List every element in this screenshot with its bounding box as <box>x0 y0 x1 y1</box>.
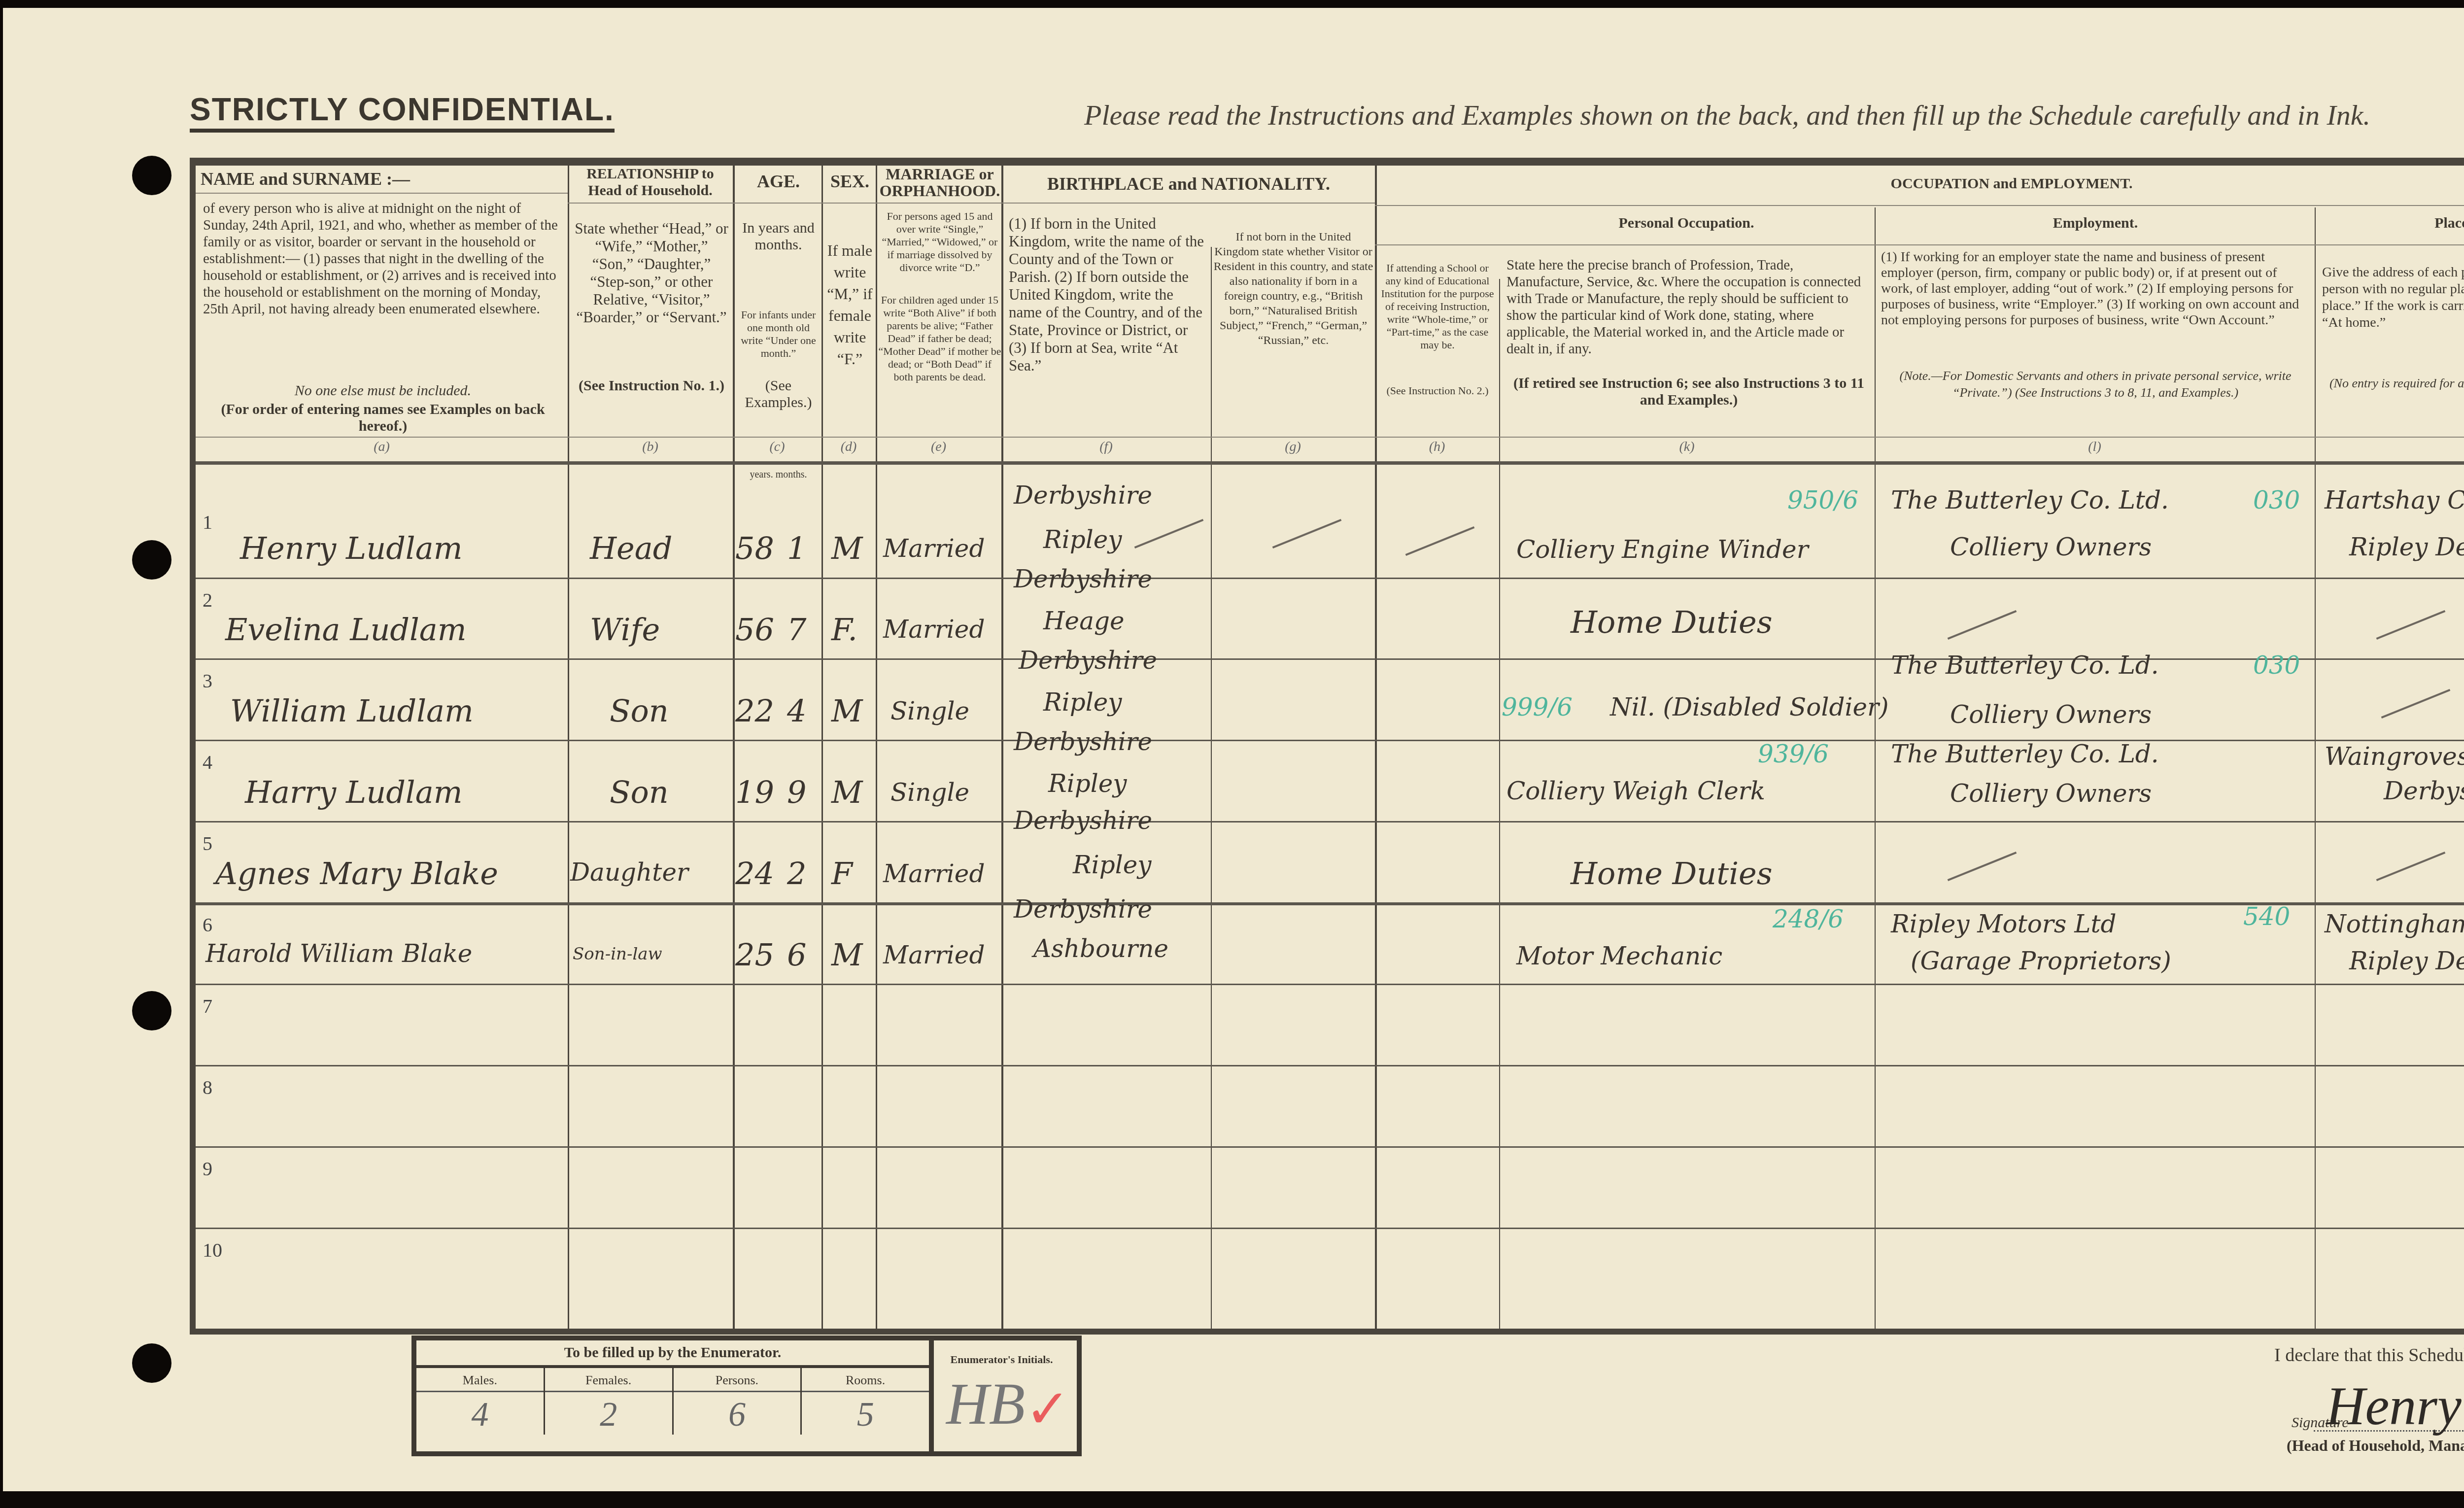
col-letter: (e) <box>876 439 1001 455</box>
employer-code: 030 <box>2253 651 2300 680</box>
punch-hole <box>132 156 171 195</box>
col-e-title: MARRIAGE or ORPHANHOOD. <box>878 166 1001 199</box>
sex: M <box>831 693 862 729</box>
occupation: Home Duties <box>1571 604 1772 640</box>
person-name: William Ludlam <box>230 693 474 729</box>
divider <box>1001 166 1003 1329</box>
divider <box>821 166 823 1329</box>
col-letter: (a) <box>196 439 568 455</box>
rule <box>196 437 2464 438</box>
rule <box>196 461 2464 465</box>
enumerator-initials-box: Enumerator's Initials. HB ✓ <box>926 1336 1082 1456</box>
col-b-title: RELATIONSHIP to Head of Household. <box>570 166 730 199</box>
col-letter: (l) <box>1875 439 2315 455</box>
col-k-title: Personal Occupation. <box>1502 215 1871 232</box>
birth-county: Derbyshire <box>1014 565 1152 593</box>
blank-dash <box>2376 610 2446 640</box>
row-number: 8 <box>203 1076 212 1099</box>
signature-caption: (Head of Household, Manager of Establish… <box>2287 1437 2464 1455</box>
divider <box>2315 207 2316 1329</box>
row-number: 5 <box>203 832 212 855</box>
occupation: Nil. (Disabled Soldier) <box>1610 693 1888 721</box>
col-m-text: Give the address of each person's place … <box>2322 264 2464 331</box>
age-years: 25 <box>735 937 774 973</box>
col-d-text: If male write “M,” if female write “F.” <box>826 240 873 370</box>
col-h-note: (See Instruction No. 2.) <box>1378 382 1497 399</box>
instruction-line: Please read the Instructions and Example… <box>1084 99 2370 132</box>
col-c-text: In years and months. <box>735 220 821 253</box>
blank-dash <box>1948 852 2017 881</box>
col-g-text: If not born in the United Kingdom state … <box>1213 230 1373 348</box>
blank-dash <box>1948 610 2017 640</box>
occupation: Home Duties <box>1571 856 1772 891</box>
age-months: 1 <box>787 530 806 566</box>
col-letter: (c) <box>733 439 821 455</box>
sex: F <box>831 856 853 891</box>
rule <box>1001 203 1375 204</box>
age-months: 9 <box>787 774 806 810</box>
row-rule <box>196 1228 2464 1229</box>
row-number: 1 <box>203 511 212 534</box>
punch-hole <box>132 1343 171 1383</box>
sex: M <box>831 774 862 810</box>
rule <box>1375 244 2464 245</box>
marital-status: Married <box>883 941 985 969</box>
col-a-note2: (For order of entering names see Example… <box>203 401 563 435</box>
relationship: Wife <box>590 612 660 648</box>
blank-dash <box>2376 852 2446 881</box>
relationship: Son <box>610 693 669 729</box>
occupation: Colliery Weigh Clerk <box>1506 777 1765 805</box>
row-rule <box>196 578 2464 579</box>
row-rule <box>196 1065 2464 1066</box>
col-letter: (f) <box>1001 439 1211 455</box>
col-letter: (m) <box>2315 439 2464 455</box>
relationship: Son <box>610 774 669 810</box>
row-number: 7 <box>203 994 212 1018</box>
person-name: Harry Ludlam <box>245 774 462 810</box>
col-letter: (b) <box>568 439 733 455</box>
marital-status: Single <box>890 697 969 725</box>
row-number: 3 <box>203 669 212 692</box>
col-l-text: (1) If working for an employer state the… <box>1881 249 2310 328</box>
occupation-code: 248/6 <box>1773 905 1844 933</box>
col-h-text: If attending a School or any kind of Edu… <box>1378 262 1497 351</box>
rule <box>1375 205 2464 206</box>
birth-town: Ripley <box>1048 769 1127 798</box>
col-e-text: For persons aged 15 and over write “Sing… <box>878 210 1001 274</box>
rule <box>196 193 568 194</box>
row-number: 6 <box>203 913 212 936</box>
employer-code: 540 <box>2243 902 2290 931</box>
occupation: Motor Mechanic <box>1516 942 1722 970</box>
place-of-work: Waingroves Colliery <box>2325 742 2464 771</box>
sex: M <box>831 937 862 973</box>
col-l-title: Employment. <box>1876 215 2315 232</box>
females-label: Females. <box>545 1368 672 1392</box>
col-letter: (g) <box>1211 439 1375 455</box>
birth-town: Ripley <box>1043 688 1122 717</box>
col-letter: (d) <box>821 439 876 455</box>
blank-dash <box>1272 519 1342 548</box>
birth-county: Derbyshire <box>1019 646 1157 675</box>
col-letter: (k) <box>1499 439 1875 455</box>
marital-status: Married <box>883 534 985 563</box>
birth-town: Ashbourne <box>1033 934 1168 963</box>
relationship: Daughter <box>570 858 688 887</box>
row-number: 4 <box>203 751 212 774</box>
employer: The Butterley Co. Ltd. <box>1891 486 2169 514</box>
age-years: 56 <box>735 612 774 648</box>
divider <box>1875 207 1876 1329</box>
person-name: Harold William Blake <box>205 939 472 968</box>
employer: Ripley Motors Ltd <box>1891 910 2117 938</box>
divider <box>568 166 569 1329</box>
punch-hole <box>132 991 171 1030</box>
birth-town: Ripley <box>1073 851 1151 879</box>
age-months: 4 <box>787 693 806 729</box>
employer-business: (Garage Proprietors) <box>1911 947 2171 975</box>
age-years: 22 <box>735 693 774 729</box>
divider <box>1375 166 1377 1329</box>
divider <box>876 166 877 1329</box>
males-value: 4 <box>416 1392 544 1435</box>
col-a-text: of every person who is alive at midnight… <box>203 200 563 317</box>
col-c-note: For infants under one month old write “U… <box>735 308 821 360</box>
row-rule <box>196 984 2464 985</box>
age-years: 24 <box>735 856 774 891</box>
rooms-label: Rooms. <box>802 1368 929 1392</box>
divider <box>1211 247 1212 1329</box>
confidential-heading: STRICTLY CONFIDENTIAL. <box>190 91 615 133</box>
rule <box>568 203 1001 204</box>
punch-hole <box>132 540 171 580</box>
birth-county: Derbyshire <box>1014 727 1152 756</box>
marital-status: Single <box>890 778 969 807</box>
place-of-work: Nottingham Road <box>2325 910 2464 938</box>
employer: The Butterley Co. Ld. <box>1891 651 2159 680</box>
col-e-note: For children aged under 15 write “Both A… <box>878 294 1001 383</box>
row-number: 9 <box>203 1157 212 1180</box>
person-name: Agnes Mary Blake <box>215 856 498 891</box>
divider <box>733 166 735 1329</box>
household-table: NAME and SURNAME :— of every person who … <box>190 158 2464 1335</box>
col-m-title: Place of Work. <box>2317 215 2464 232</box>
col-k-note: (If retired see Instruction 6; see also … <box>1506 375 1871 409</box>
occupation-code: 939/6 <box>1758 740 1829 768</box>
age-months: 2 <box>787 856 806 891</box>
age-years: 19 <box>735 774 774 810</box>
age-years: 58 <box>735 530 774 566</box>
sex: F. <box>831 612 857 648</box>
blank-dash <box>2381 689 2451 719</box>
place-of-work-town: Ripley Derbys. <box>2349 533 2464 561</box>
marital-status: Married <box>883 615 985 644</box>
col-a-note: No one else must be included. <box>203 382 563 399</box>
row-number: 10 <box>203 1238 222 1262</box>
enumerator-summary-box: To be filled up by the Enumerator. Males… <box>411 1336 934 1456</box>
age-subheader: years. months. <box>735 466 821 483</box>
check-mark-icon: ✓ <box>1025 1377 1070 1441</box>
col-fg-title: BIRTHPLACE and NATIONALITY. <box>1004 175 1373 192</box>
place-of-work-town: Ripley Derbys. <box>2349 947 2464 975</box>
summary-title: To be filled up by the Enumerator. <box>416 1340 929 1368</box>
place-of-work-town: Derbyshire. <box>2384 777 2464 805</box>
row-rule <box>196 821 2464 823</box>
occupation-code: 950/6 <box>1787 486 1858 514</box>
males-label: Males. <box>416 1368 544 1392</box>
place-of-work: Hartshay Collieries <box>2325 486 2464 514</box>
relationship: Son-in-law <box>573 944 662 964</box>
declaration-text: I declare that this Schedule is correctl… <box>2274 1344 2464 1366</box>
col-c-title: AGE. <box>735 173 821 190</box>
signature: Henry Ludlam. <box>2326 1375 2464 1438</box>
employer: The Butterley Co. Ld. <box>1891 740 2159 768</box>
birth-county: Derbyshire <box>1014 481 1152 510</box>
blank-dash <box>1134 519 1204 548</box>
birth-town: Heage <box>1043 607 1125 635</box>
occupation: Colliery Engine Winder <box>1516 535 1809 564</box>
col-occ-title: OCCUPATION and EMPLOYMENT. <box>1378 175 2464 192</box>
col-letter: (h) <box>1375 439 1499 455</box>
females-value: 2 <box>545 1392 672 1435</box>
blank-dash <box>1405 526 1475 556</box>
employer-business: Colliery Owners <box>1950 533 2152 561</box>
col-k-text: State here the precise branch of Profess… <box>1506 257 1871 357</box>
persons-label: Persons. <box>674 1368 801 1392</box>
col-c-note2: (See Examples.) <box>735 377 821 411</box>
persons-value: 6 <box>674 1392 801 1435</box>
employer-business: Colliery Owners <box>1950 700 2152 729</box>
marital-status: Married <box>883 859 985 888</box>
row-rule <box>196 902 2464 905</box>
col-d-title: SEX. <box>824 173 876 190</box>
initials-value: HB <box>946 1370 1025 1438</box>
col-a-title: NAME and SURNAME :— <box>201 171 410 187</box>
rooms-value: 5 <box>802 1392 929 1435</box>
birth-county: Derbyshire <box>1014 806 1152 835</box>
employer-business: Colliery Owners <box>1950 779 2152 808</box>
employer-code: 030 <box>2253 486 2300 514</box>
sex: M <box>831 530 862 566</box>
col-b-text: State whether “Head,” or “Wife,” “Mother… <box>573 220 730 326</box>
col-f-text: (1) If born in the United Kingdom, write… <box>1009 215 1206 375</box>
row-number: 2 <box>203 588 212 612</box>
age-months: 6 <box>787 937 806 973</box>
person-name: Henry Ludlam <box>240 530 462 566</box>
birth-county: Derbyshire <box>1014 895 1152 924</box>
relationship: Head <box>590 530 672 566</box>
age-months: 7 <box>787 612 806 648</box>
birth-town: Ripley <box>1043 525 1122 554</box>
row-rule <box>196 1146 2464 1148</box>
col-b-note: (See Instruction No. 1.) <box>573 377 730 394</box>
col-l-note: (Note.—For Domestic Servants and others … <box>1881 368 2310 401</box>
col-m-note: (No entry is required for any person who… <box>2322 375 2464 409</box>
person-name: Evelina Ludlam <box>225 612 467 648</box>
occupation-code: 999/6 <box>1502 693 1573 721</box>
